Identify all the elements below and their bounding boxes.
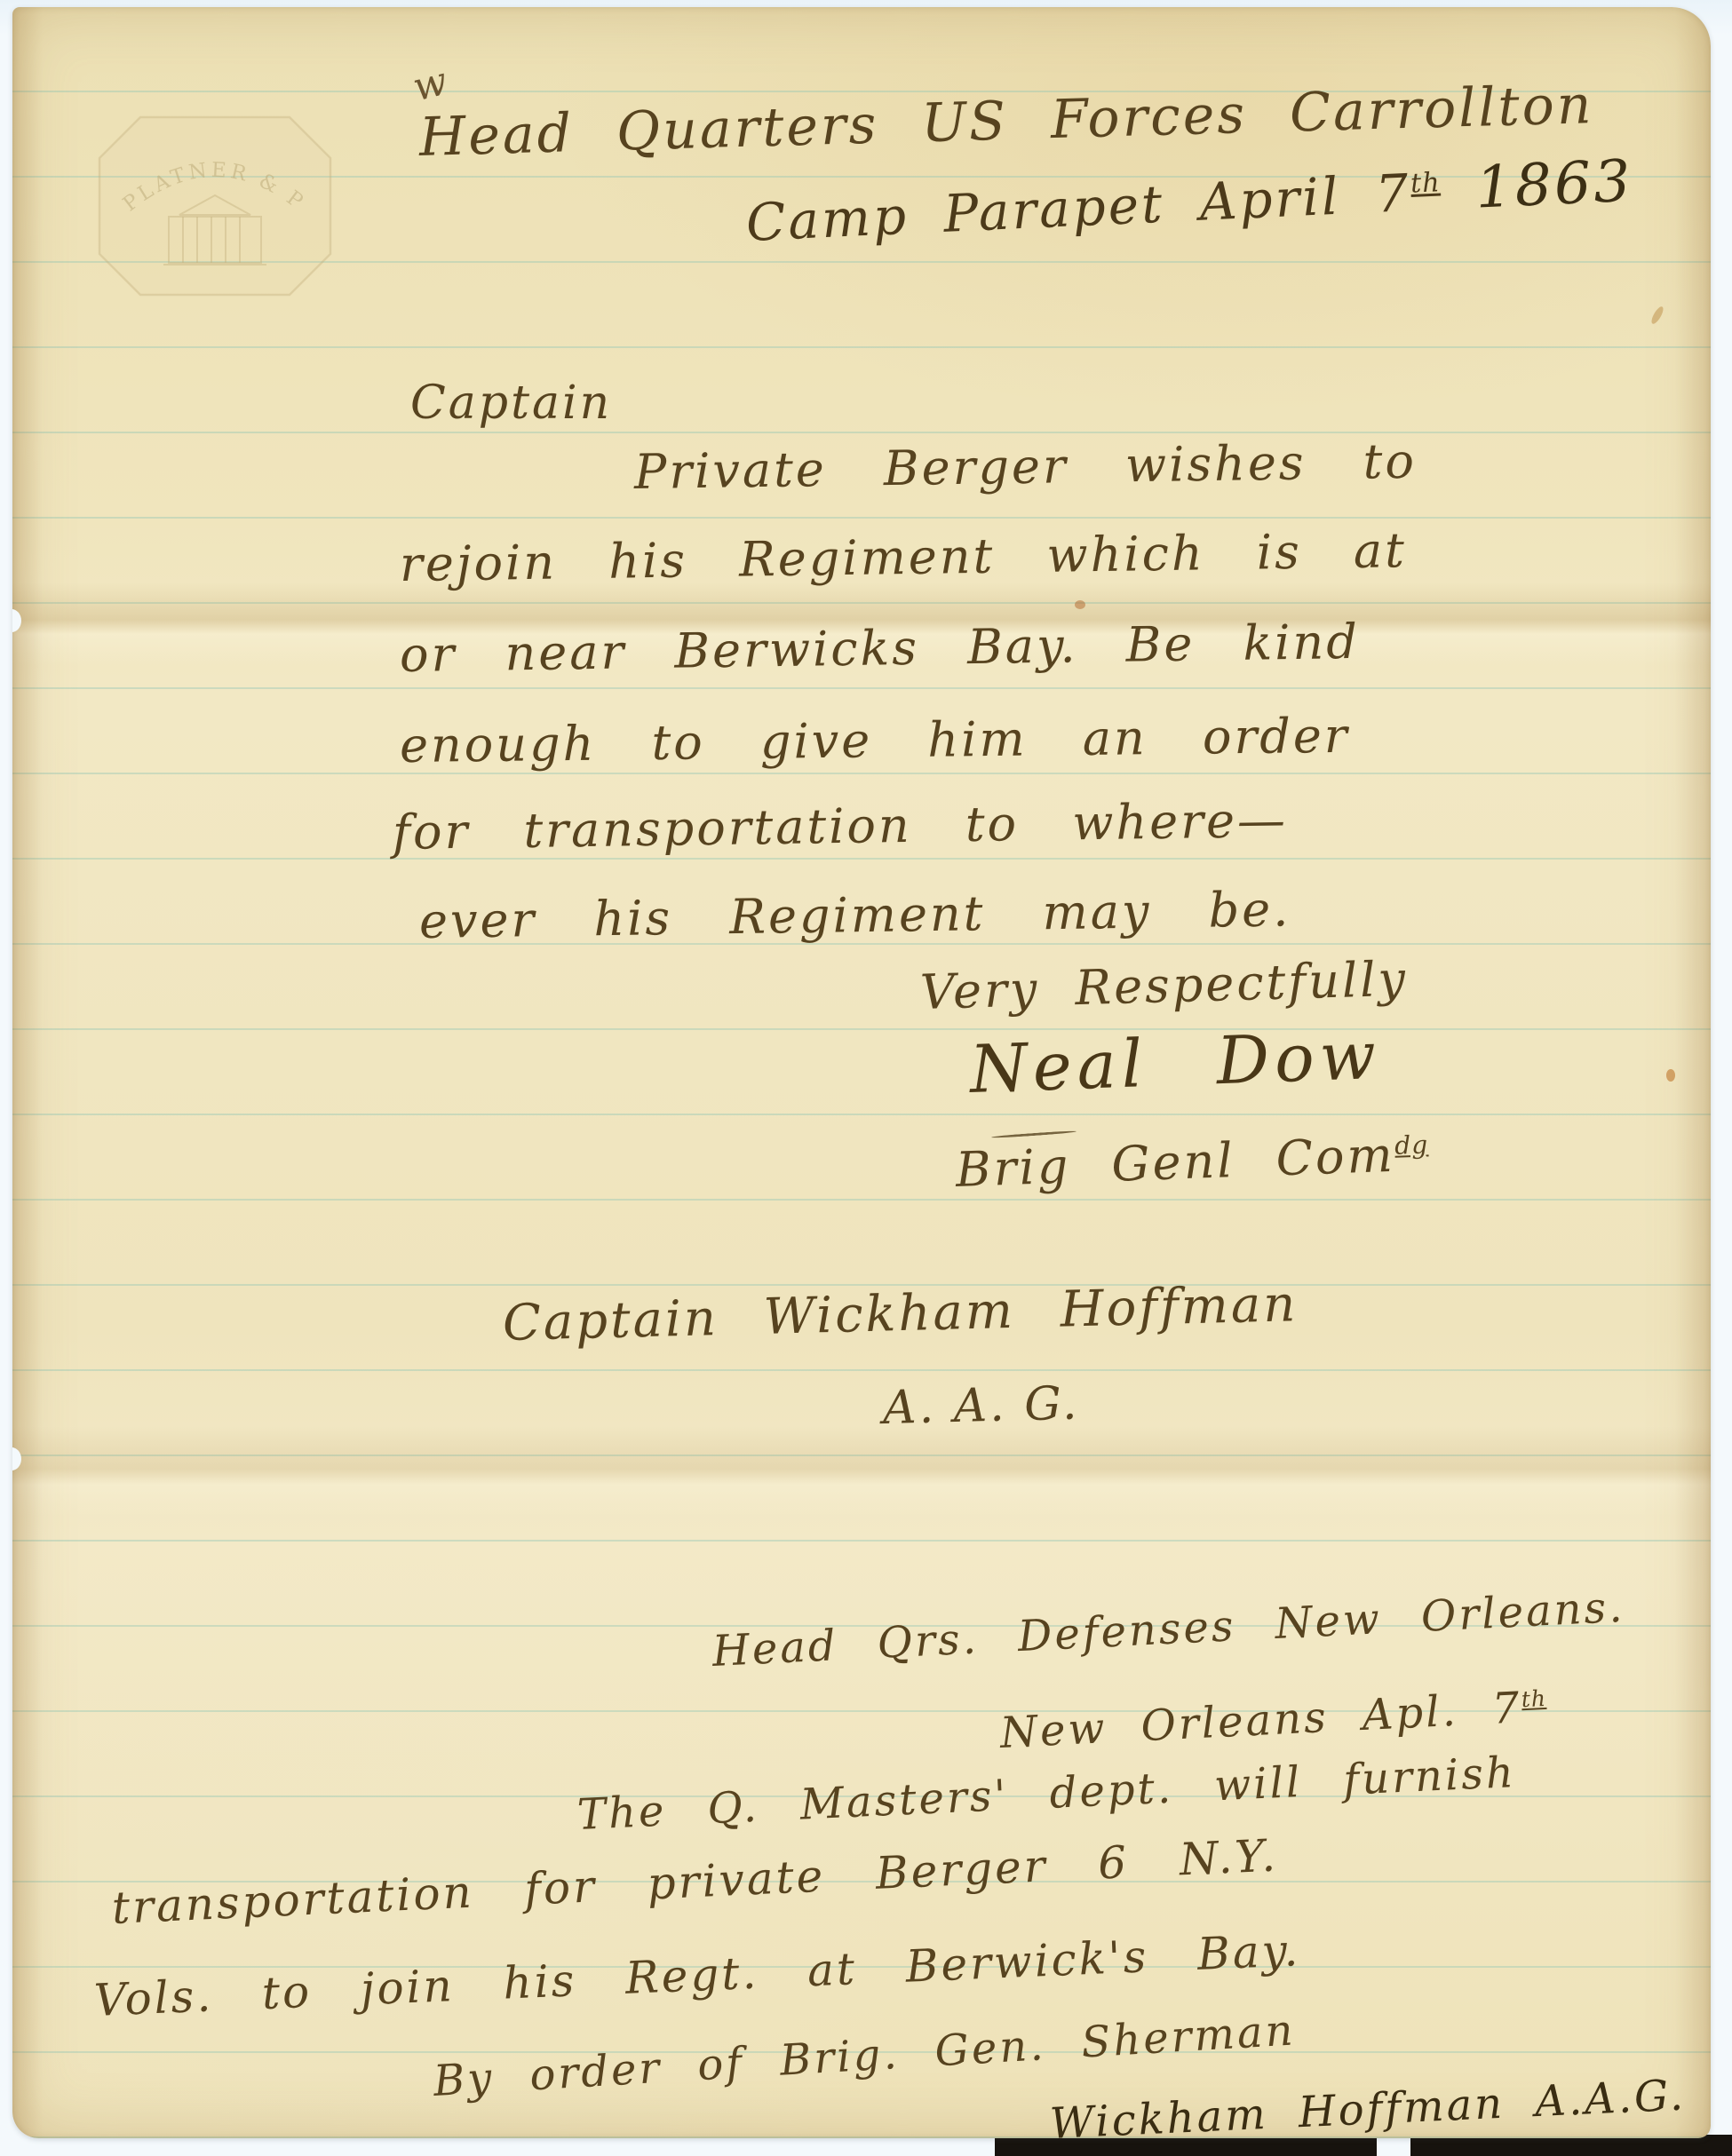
signature-neal-dow: Neal Dow: [968, 1018, 1382, 1108]
embossed-stamp-graphic: PLATNER & PORTER: [94, 112, 336, 300]
endorsement-body-line: The Q. Masters' dept. will furnish: [576, 1748, 1517, 1840]
endorsement-date-superscript: th: [1521, 1685, 1546, 1712]
heading-date-line: Camp Parapet April 7th 1863: [744, 148, 1634, 255]
addressee-line-1: Captain Wickham Hoffman: [502, 1275, 1299, 1352]
signature-title-superscript: dg: [1394, 1130, 1429, 1160]
heading-date-prefix: Camp Parapet April 7: [745, 162, 1413, 253]
endorsement-body-line: transportation for private Berger 6 N.Y.: [111, 1829, 1279, 1934]
pen-flourish: w: [409, 58, 455, 110]
heading-line-1: Head Quarters US Forces Carrollton: [418, 74, 1594, 169]
stationer-embossed-stamp: PLATNER & PORTER: [94, 112, 336, 304]
foxing-spot: [1666, 1069, 1675, 1082]
body-line: for transportation to where—: [393, 792, 1289, 860]
tear-notch: [12, 609, 21, 632]
body-line: enough to give him an order: [400, 708, 1350, 773]
body-line: rejoin his Regiment which is at: [400, 522, 1408, 592]
endorsement-date-text: New Orleans Apl. 7: [999, 1683, 1523, 1758]
body-line: ever his Regiment may be.: [419, 881, 1291, 949]
endorsement-signature: Wickham Hoffman A.A.G.: [1049, 2071, 1687, 2138]
letter-page: PLATNER & PORTER w Head Quarters US Forc…: [12, 7, 1711, 2138]
signature-title-text: Brig Genl Com: [955, 1127, 1396, 1198]
foxing-spot: [1075, 600, 1085, 609]
heading-date-year: 1863: [1474, 148, 1635, 222]
body-line: Private Berger wishes to: [634, 433, 1418, 500]
body-line: or near Berwicks Bay. Be kind: [400, 614, 1361, 683]
heading-date-superscript: th: [1410, 167, 1441, 199]
endorsement-body-line: Vols. to join his Regt. at Berwick's Bay…: [93, 1924, 1301, 2026]
signature-title: Brig Genl Comdg: [955, 1125, 1430, 1198]
addressee-line-2: A. A. G.: [882, 1377, 1080, 1435]
foxing-spot: [1649, 305, 1665, 325]
endorsement-heading-2: New Orleans Apl. 7th: [999, 1682, 1548, 1758]
salutation: Captain: [410, 377, 612, 430]
endorsement-order-line: By order of Brig. Gen. Sherman: [432, 2005, 1297, 2106]
scan-edge-shadow: [995, 2138, 1377, 2156]
tear-notch: [12, 1447, 21, 1470]
closing-line: Very Respectfully: [919, 951, 1409, 1020]
endorsement-heading-1: Head Qrs. Defenses New Orleans.: [711, 1582, 1626, 1676]
